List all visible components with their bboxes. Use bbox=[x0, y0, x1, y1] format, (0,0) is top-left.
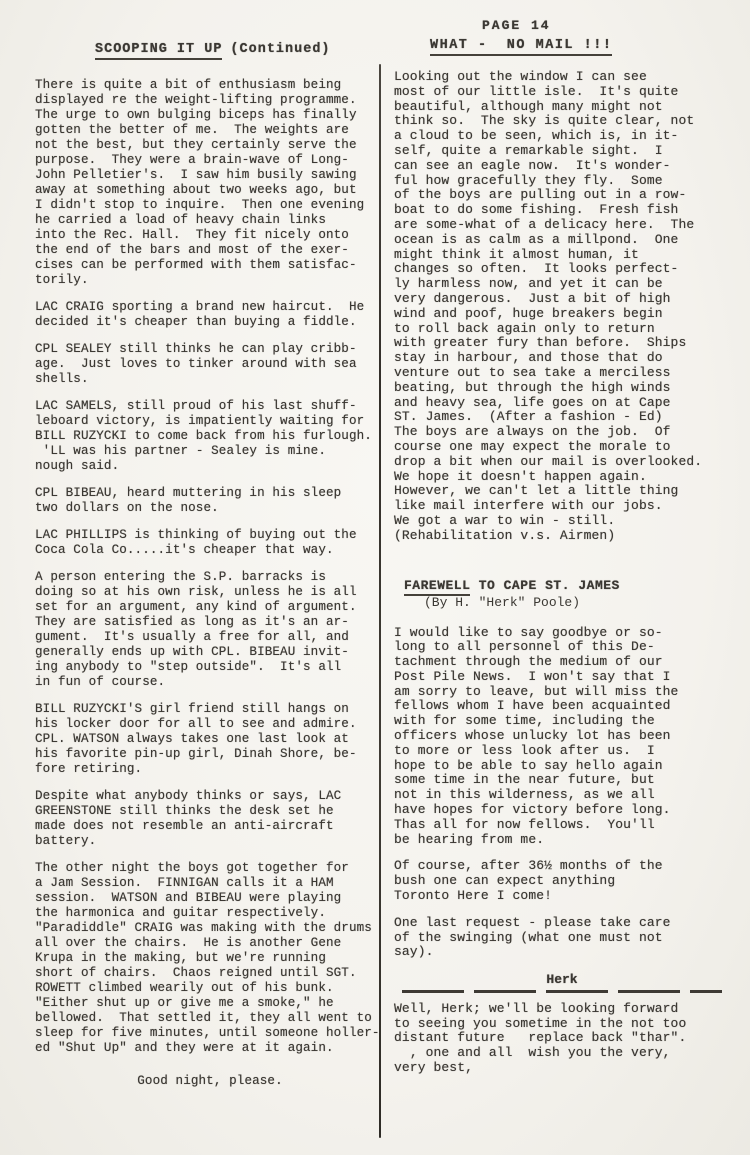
article-paragraph: A person entering the S.P. barracks is d… bbox=[35, 570, 385, 690]
article-paragraph: LAC CRAIG sporting a brand new haircut. … bbox=[35, 300, 385, 330]
signature-rule bbox=[402, 990, 722, 993]
signature: Herk bbox=[394, 972, 730, 987]
left-article-title: SCOOPING IT UP(Continued) bbox=[95, 42, 385, 58]
farewell-title-underlined: FAREWELL bbox=[404, 578, 470, 596]
column-divider-rule bbox=[379, 64, 381, 1138]
page-number: PAGE 14 bbox=[482, 18, 730, 33]
right-column: PAGE 14 WHAT - NO MAIL !!! Looking out t… bbox=[394, 18, 730, 1088]
left-article-title-text: SCOOPING IT UP bbox=[95, 42, 222, 60]
article-paragraph: There is quite a bit of enthusiasm being… bbox=[35, 78, 385, 288]
closing-line: Good night, please. bbox=[35, 1074, 385, 1089]
article-paragraph: BILL RUZYCKI'S girl friend still hangs o… bbox=[35, 702, 385, 777]
article-paragraph: Looking out the window I can see most of… bbox=[394, 70, 730, 544]
farewell-article-title: FAREWELL TO CAPE ST. JAMES bbox=[404, 578, 730, 593]
article-paragraph: I would like to say goodbye or so- long … bbox=[394, 626, 730, 848]
left-article-title-suffix: (Continued) bbox=[230, 42, 330, 57]
article-paragraph: One last request - please take care of t… bbox=[394, 916, 730, 960]
article-paragraph: Despite what anybody thinks or says, LAC… bbox=[35, 789, 385, 849]
byline: (By H. "Herk" Poole) bbox=[424, 595, 730, 610]
right-article-title-text: WHAT - NO MAIL !!! bbox=[430, 38, 612, 56]
article-paragraph: LAC SAMELS, still proud of his last shuf… bbox=[35, 399, 385, 474]
article-paragraph: CPL BIBEAU, heard muttering in his sleep… bbox=[35, 486, 385, 516]
article-paragraph: Of course, after 36½ months of the bush … bbox=[394, 859, 730, 903]
article-paragraph: LAC PHILLIPS is thinking of buying out t… bbox=[35, 528, 385, 558]
article-paragraph: The other night the boys got together fo… bbox=[35, 861, 385, 1056]
newsletter-page: SCOOPING IT UP(Continued) There is quite… bbox=[0, 0, 750, 1155]
left-column: SCOOPING IT UP(Continued) There is quite… bbox=[35, 42, 385, 1101]
right-article-title: WHAT - NO MAIL !!! bbox=[430, 38, 730, 54]
farewell-title-rest: TO CAPE ST. JAMES bbox=[470, 578, 619, 593]
article-paragraph: CPL SEALEY still thinks he can play crib… bbox=[35, 342, 385, 387]
article-paragraph: Well, Herk; we'll be looking forward to … bbox=[394, 1002, 730, 1076]
